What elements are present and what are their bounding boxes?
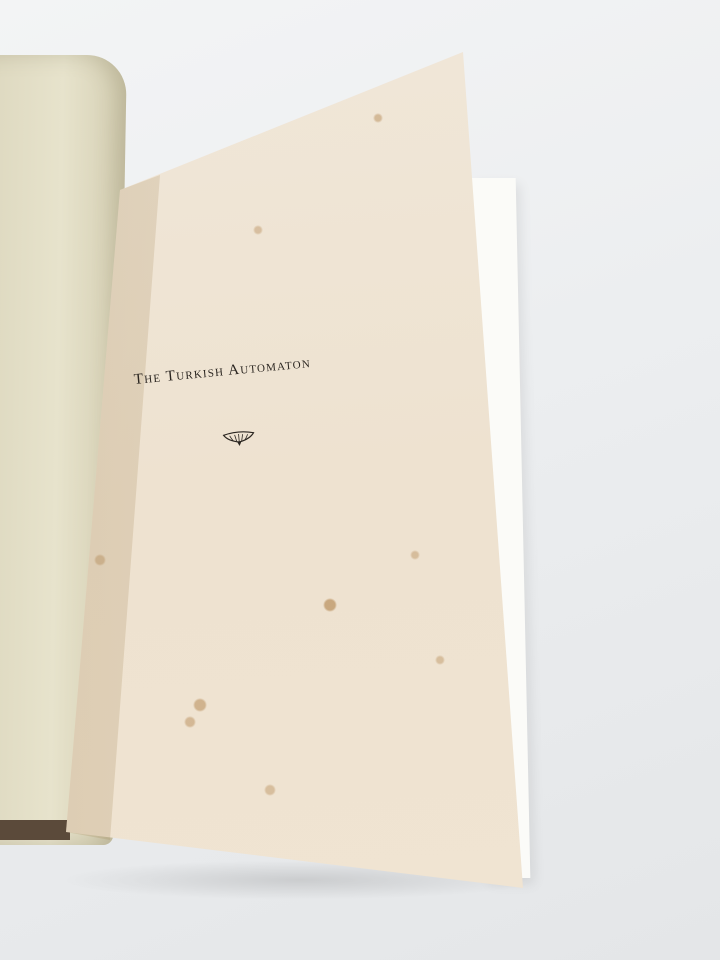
photo-scene: The Turkish Automaton bbox=[0, 0, 720, 960]
book-cover-edge bbox=[0, 820, 70, 840]
fleuron-ornament-icon bbox=[221, 429, 256, 450]
